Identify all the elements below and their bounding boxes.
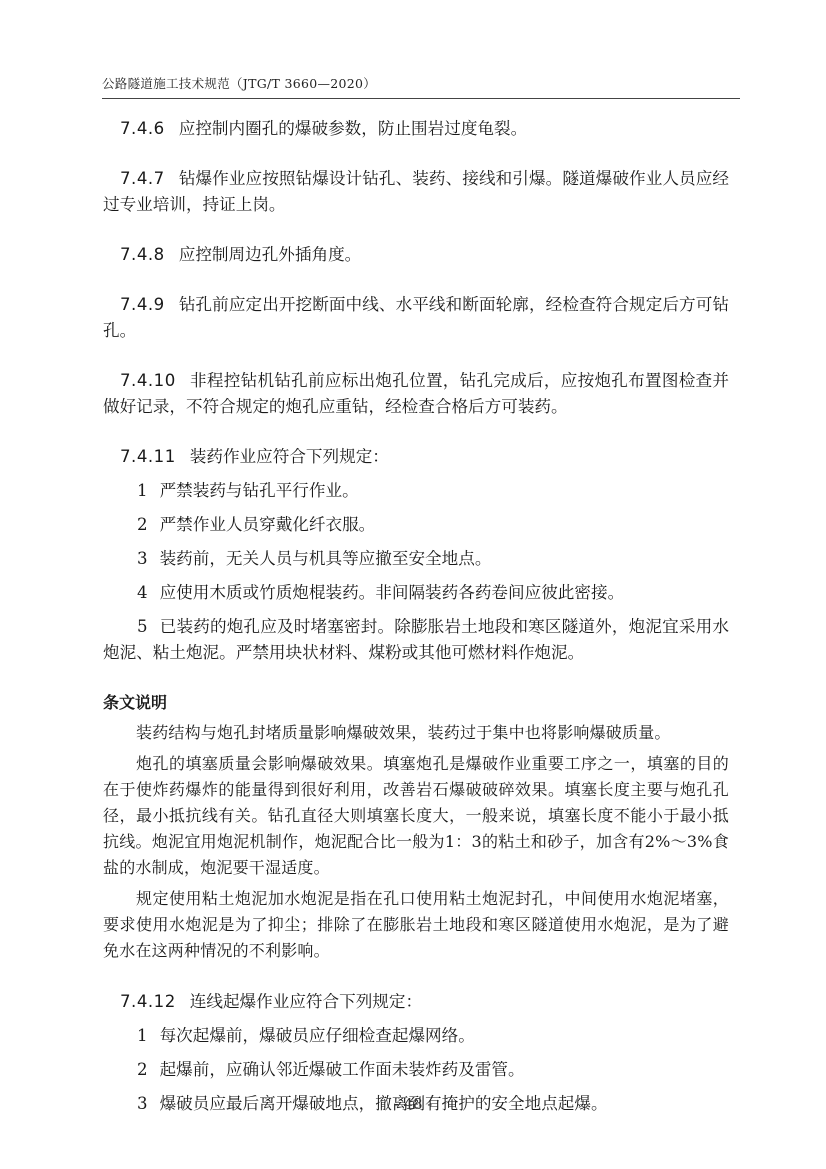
- header-title: 公路隧道施工技术规范（JTG/T 3660—2020）: [102, 76, 376, 91]
- page-body: 7.4.6应控制内圈孔的爆破参数，防止围岩过度龟裂。 7.4.7钻爆作业应按照钻…: [103, 116, 729, 1125]
- list-item: 1严禁装药与钻孔平行作业。: [103, 478, 729, 504]
- item-number: 5: [137, 617, 148, 636]
- clause-number: 7.4.7: [120, 169, 165, 188]
- clause-text: 非程控钻机钻孔前应标出炮孔位置，钻孔完成后，应按炮孔布置图检查并做好记录，不符合…: [103, 371, 729, 416]
- clause-text: 装药作业应符合下列规定：: [190, 447, 389, 466]
- clause-7-4-8: 7.4.8应控制周边孔外插角度。: [103, 242, 729, 268]
- item-number: 3: [137, 549, 148, 568]
- explanation-heading: 条文说明: [103, 690, 729, 716]
- explanation-paragraph: 炮孔的填塞质量会影响爆破效果。填塞炮孔是爆破作业重要工序之一，填塞的目的在于使炸…: [103, 751, 729, 881]
- clause-text: 应控制周边孔外插角度。: [179, 245, 362, 264]
- item-number: 4: [137, 583, 148, 602]
- list-item: 2起爆前，应确认邻近爆破工作面未装炸药及雷管。: [103, 1057, 729, 1083]
- item-number: 1: [137, 481, 148, 500]
- item-number: 2: [137, 515, 148, 534]
- item-text: 应使用木质或竹质炮棍装药。非间隔装药各药卷间应彼此密接。: [160, 583, 625, 602]
- clause-7-4-12: 7.4.12连线起爆作业应符合下列规定：: [103, 989, 729, 1015]
- clause-7-4-11-items: 1严禁装药与钻孔平行作业。 2严禁作业人员穿戴化纤衣服。 3装药前，无关人员与机…: [103, 478, 729, 666]
- clause-text: 钻孔前应定出开挖断面中线、水平线和断面轮廓，经检查符合规定后方可钻孔。: [103, 295, 729, 340]
- explanation-paragraph: 装药结构与炮孔封堵质量影响爆破效果，装药过于集中也将影响爆破质量。: [103, 720, 729, 746]
- item-text: 装药前，无关人员与机具等应撤至安全地点。: [160, 549, 492, 568]
- clause-text: 应控制内圈孔的爆破参数，防止围岩过度龟裂。: [179, 119, 527, 138]
- clause-7-4-10: 7.4.10非程控钻机钻孔前应标出炮孔位置，钻孔完成后，应按炮孔布置图检查并做好…: [103, 368, 729, 420]
- item-text: 每次起爆前，爆破员应仔细检查起爆网络。: [160, 1026, 475, 1045]
- list-item: 2严禁作业人员穿戴化纤衣服。: [103, 512, 729, 538]
- clause-7-4-9: 7.4.9钻孔前应定出开挖断面中线、水平线和断面轮廓，经检查符合规定后方可钻孔。: [103, 292, 729, 344]
- item-number: 1: [137, 1026, 148, 1045]
- clause-number: 7.4.11: [120, 447, 176, 466]
- clause-7-4-6: 7.4.6应控制内圈孔的爆破参数，防止围岩过度龟裂。: [103, 116, 729, 142]
- clause-number: 7.4.10: [120, 371, 176, 390]
- item-text: 严禁作业人员穿戴化纤衣服。: [160, 515, 376, 534]
- list-item: 1每次起爆前，爆破员应仔细检查起爆网络。: [103, 1023, 729, 1049]
- page-number: - 48 -: [0, 1095, 826, 1113]
- item-number: 2: [137, 1060, 148, 1079]
- spacer: [103, 969, 729, 989]
- list-item: 5已装药的炮孔应及时堵塞密封。除膨胀岩土地段和寒区隧道外，炮泥宜采用水炮泥、粘土…: [103, 614, 729, 666]
- item-text: 起爆前，应确认邻近爆破工作面未装炸药及雷管。: [160, 1060, 525, 1079]
- clause-text: 钻爆作业应按照钻爆设计钻孔、装药、接线和引爆。隧道爆破作业人员应经过专业培训，持…: [103, 169, 729, 214]
- clause-number: 7.4.6: [120, 119, 165, 138]
- explanation-paragraph: 规定使用粘土炮泥加水炮泥是指在孔口使用粘土炮泥封孔，中间使用水炮泥堵塞，要求使用…: [103, 886, 729, 964]
- clause-number: 7.4.12: [120, 992, 176, 1011]
- list-item: 4应使用木质或竹质炮棍装药。非间隔装药各药卷间应彼此密接。: [103, 580, 729, 606]
- item-text: 严禁装药与钻孔平行作业。: [160, 481, 359, 500]
- clause-text: 连线起爆作业应符合下列规定：: [190, 992, 422, 1011]
- clause-7-4-7: 7.4.7钻爆作业应按照钻爆设计钻孔、装药、接线和引爆。隧道爆破作业人员应经过专…: [103, 166, 729, 218]
- clause-number: 7.4.9: [120, 295, 165, 314]
- clause-7-4-11: 7.4.11装药作业应符合下列规定：: [103, 444, 729, 470]
- item-text: 已装药的炮孔应及时堵塞密封。除膨胀岩土地段和寒区隧道外，炮泥宜采用水炮泥、粘土炮…: [103, 617, 729, 662]
- clause-number: 7.4.8: [120, 245, 165, 264]
- list-item: 3装药前，无关人员与机具等应撤至安全地点。: [103, 546, 729, 572]
- running-header: 公路隧道施工技术规范（JTG/T 3660—2020）: [102, 74, 740, 99]
